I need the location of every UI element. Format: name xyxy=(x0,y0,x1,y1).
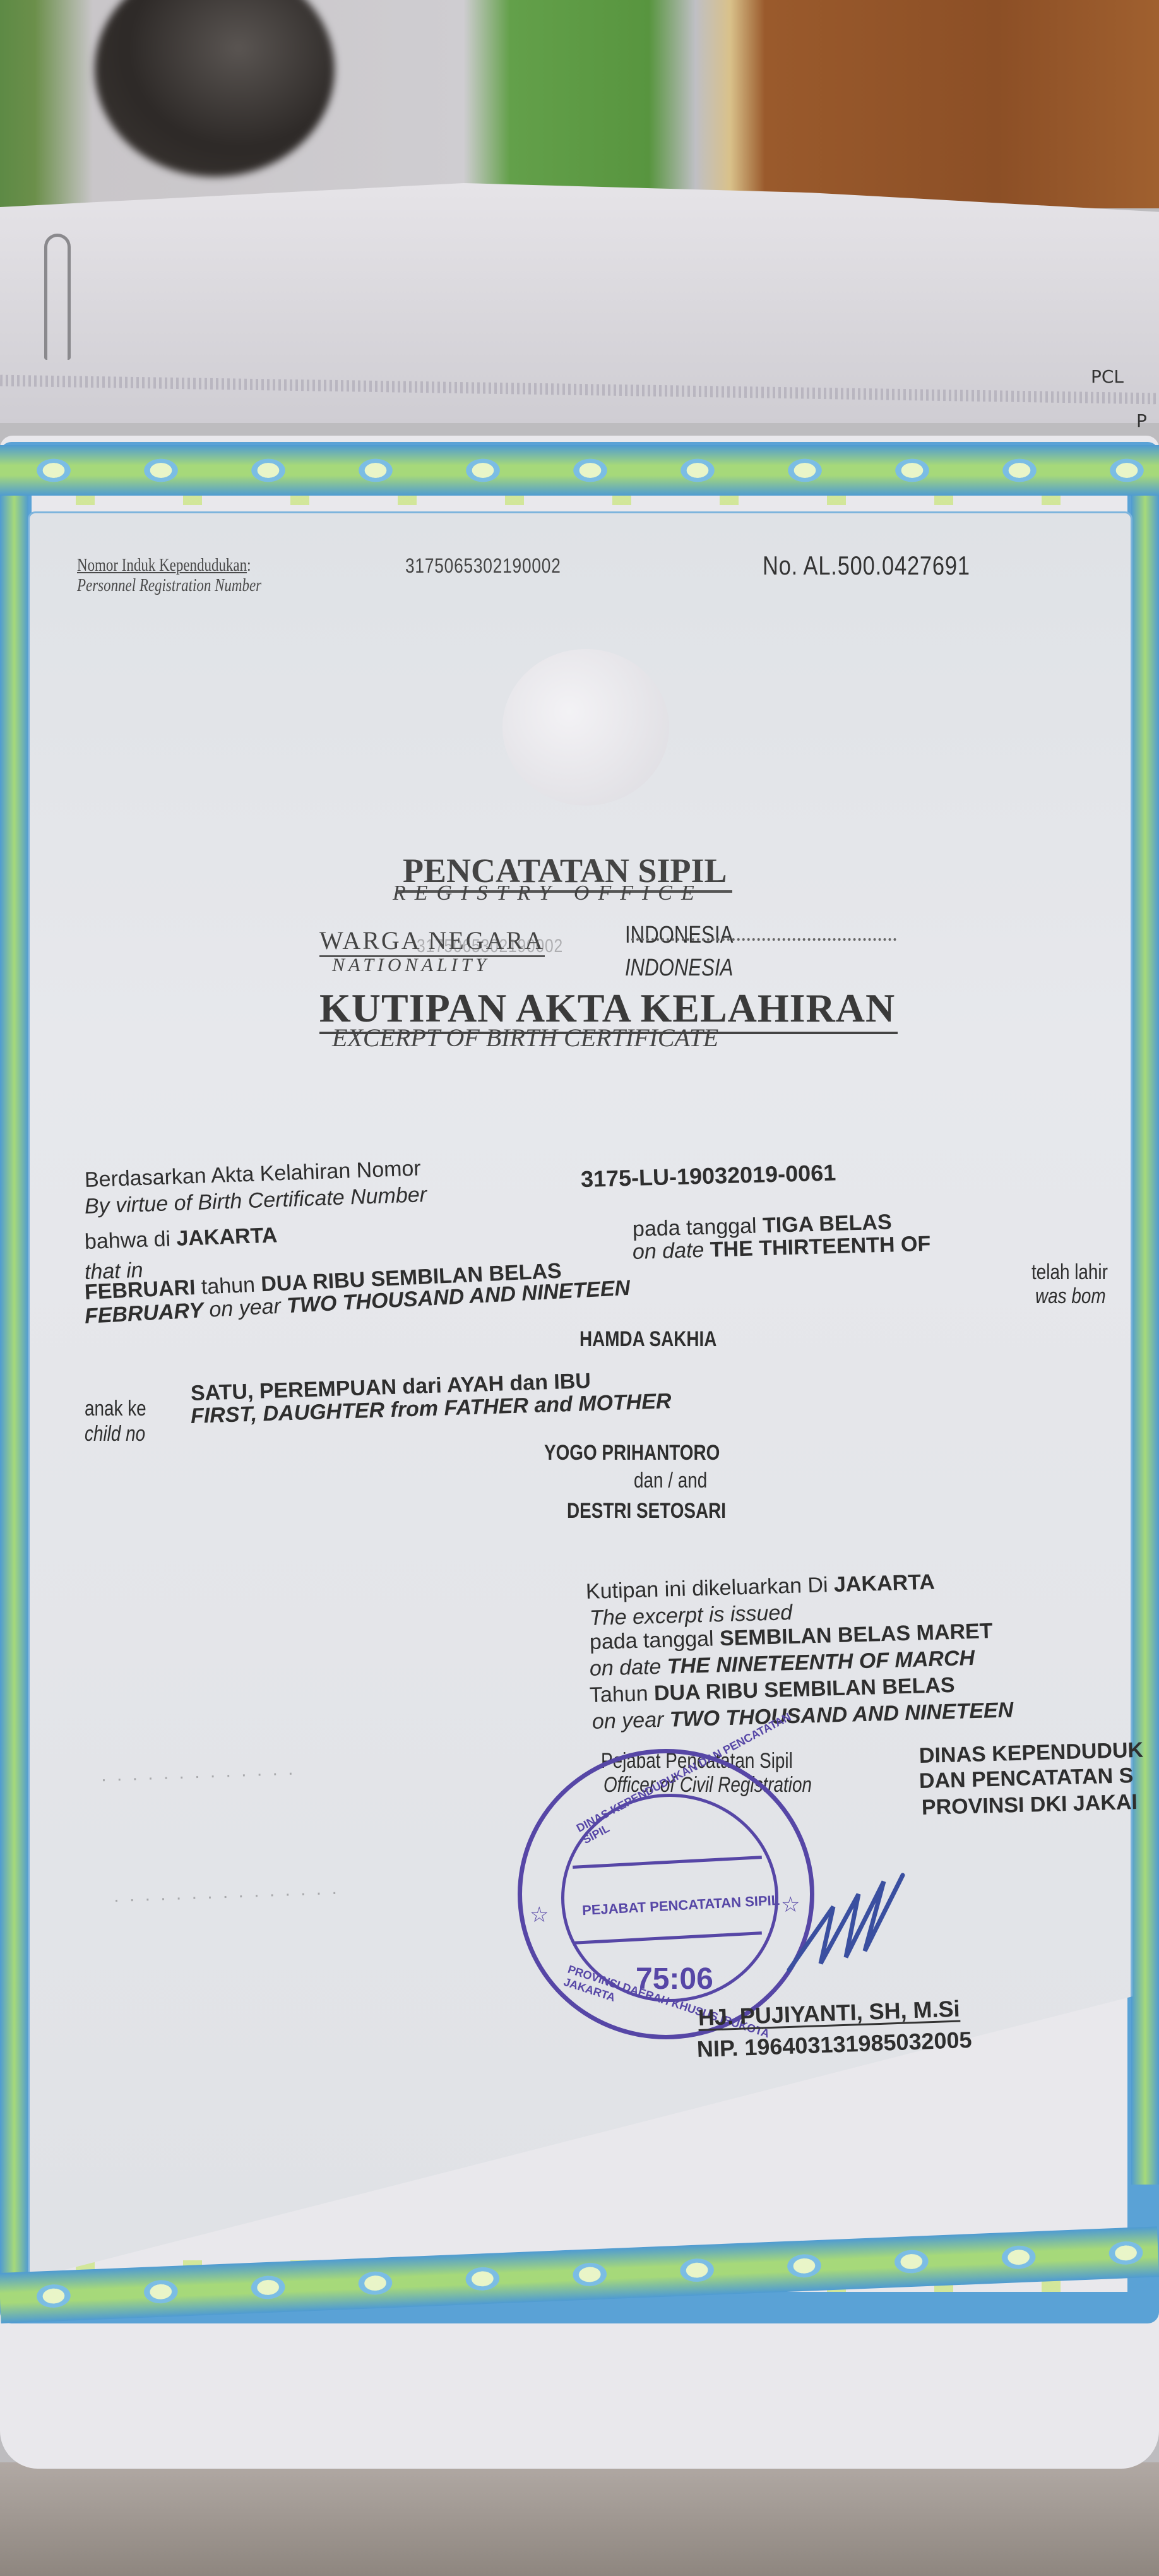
child-no-label: anak ke xyxy=(85,1398,146,1419)
child-name: HAMDA SAKHIA xyxy=(579,1328,716,1350)
document-number: No. AL.500.0427691 xyxy=(763,551,970,581)
office-subtitle: REGISTRY OFFICE xyxy=(393,881,703,905)
handwritten-mark: PCL xyxy=(1091,366,1124,387)
hologram-sticker xyxy=(502,649,669,806)
nik-label-id: Nomor Induk Kependudukan xyxy=(77,556,247,575)
and-connector: dan / and xyxy=(634,1470,707,1491)
nationality-value-en: INDONESIA xyxy=(625,955,733,982)
ghost-imprint: 3175065302190002 xyxy=(417,936,563,957)
background-table-bottom xyxy=(0,2462,1159,2576)
nik-label: Nomor Induk Kependudukan: Personnel Regi… xyxy=(77,556,261,596)
child-no-label-en: child no xyxy=(85,1423,145,1445)
decorative-border-right xyxy=(1131,480,1159,2185)
star-icon: ☆ xyxy=(530,1902,549,1928)
handwritten-mark: P xyxy=(1136,410,1147,431)
born-label: telah lahir xyxy=(1031,1261,1108,1283)
father-name: YOGO PRIHANTORO xyxy=(544,1442,720,1464)
signature xyxy=(783,1869,909,1976)
nationality-value: INDONESIA xyxy=(625,922,733,949)
agency-name-line1: DINAS KEPENDUDUK xyxy=(919,1739,1144,1767)
dotted-line xyxy=(631,938,896,941)
nationality-label-en: NATIONALITY xyxy=(332,955,490,976)
stamp-center-text: PEJABAT PENCATATAN SIPIL xyxy=(582,1892,780,1919)
nik-value: 3175065302190002 xyxy=(405,554,561,578)
stamp-line xyxy=(573,1856,762,1869)
registration-number: 3175-LU-19032019-0061 xyxy=(581,1161,836,1191)
certificate-subtitle: EXCERPT OF BIRTH CERTIFICATE xyxy=(332,1023,718,1052)
decorative-border-top xyxy=(0,445,1159,496)
birth-place: JAKARTA xyxy=(176,1223,278,1251)
stamp-line xyxy=(573,1931,762,1945)
agency-name-line2: DAN PENCATATAN S xyxy=(919,1765,1134,1792)
agency-name-line3: PROVINSI DKI JAKAI xyxy=(922,1791,1138,1818)
issued-place: JAKARTA xyxy=(833,1570,935,1597)
paperclip-icon xyxy=(44,234,71,360)
nik-label-en: Personnel Registration Number xyxy=(77,576,261,596)
born-label-en: was bom xyxy=(1035,1285,1106,1307)
decorative-border-left xyxy=(0,480,28,2298)
official-stamp: DINAS KEPENDUDUKAN DAN PENCATATAN SIPIL … xyxy=(518,1749,814,2039)
mother-name: DESTRI SETOSARI xyxy=(567,1500,726,1522)
